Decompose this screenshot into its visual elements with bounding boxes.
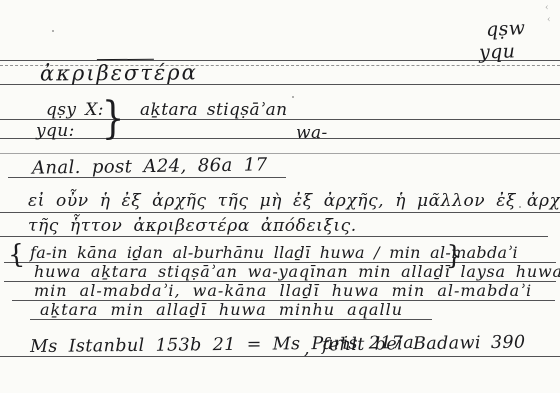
collation-brace: } [102,93,125,144]
scan-speck [519,206,521,208]
translit-line-2: huwa aḵtara stiqṣāʾan wa-yaqīnan min all… [34,262,560,281]
lemma-segment: ἀκρι [40,61,97,85]
collation-siglum-row2: yqu: [36,121,75,141]
corner-siglum-qsw: qṣw [485,17,525,41]
translit-open-brace: { [7,239,26,270]
rule-line [30,319,432,320]
scan-artifact: ‹ [547,15,551,25]
lemma-segment-overlined: βεστ [96,59,154,85]
scan-speck [52,30,54,32]
reference-citation: Anal. post A24, 86a 17 [32,154,268,178]
translit-line-3: min al-mabdaʾi, wa-kāna llaḏī huwa min a… [34,281,532,300]
greek-quote-line1: εἰ οὖν ἡ ἐξ ἀρχῆς τῆς μὴ ἐξ ἀρχῆς, ἡ μᾶλ… [28,191,560,211]
collation-siglum-row1: qṣy X: [46,100,104,120]
scan-speck [292,96,294,98]
scan-artifact: ‹ [545,3,549,13]
translit-line-1: fa-in kāna iḏan al-burhānu llaḏī huwa / … [30,243,518,262]
lemma-segment: έρα [154,60,198,84]
corner-siglum-yqu: yqu [479,40,516,63]
lemma-greek: ἀκριβεστέρα [40,60,198,85]
translit-line-4: aḵtara min allaḏī huwa minhu aqallu [40,300,403,319]
rule-line [0,138,560,139]
rule-line [0,212,560,213]
source-note: fehlt bei Badawi 390 [322,333,526,356]
rule-line [0,236,548,237]
collation-arabic-row1: aḵtara stiqṣāʾan [140,100,288,120]
source-separator: , [304,339,310,359]
rule-line [0,153,560,154]
collation-arabic-row2: wa- [296,123,328,143]
index-card: { "card": { "sigla_corner": ["qṣw", "yqu… [0,0,560,393]
greek-quote-line2: τῆς ἧττον ἀκριβεστέρα ἀπόδειξις. [28,216,357,236]
